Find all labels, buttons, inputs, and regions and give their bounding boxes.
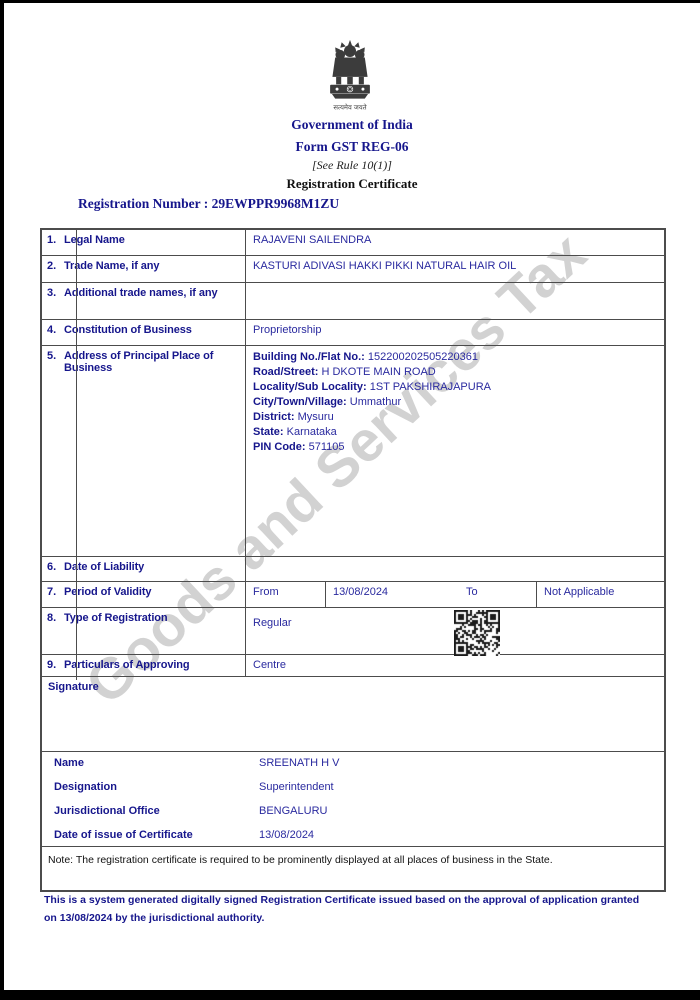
address-line: PIN Code: 571105 (253, 440, 660, 455)
row-label: Address of Principal Place of Business (64, 350, 243, 556)
row-particulars-of-approving: 9.Particulars of Approving Centre (42, 655, 664, 677)
row-label: Legal Name (64, 234, 243, 255)
signatory-label: Designation (48, 781, 252, 805)
row-number: 1. (47, 234, 64, 255)
row-date-of-liability: 6.Date of Liability (42, 557, 664, 582)
signatory-office-row: Jurisdictional Office BENGALURU (48, 805, 660, 829)
note-row: Note: The registration certificate is re… (42, 847, 664, 890)
signature-box: Signature (42, 677, 664, 752)
row-label: Period of Validity (64, 586, 243, 607)
signatory-label: Jurisdictional Office (48, 805, 252, 829)
form-title: Form GST REG-06 (4, 139, 700, 155)
ashoka-emblem-icon: सत्यमेव जयते (322, 39, 378, 113)
row-number: 2. (47, 260, 64, 282)
signatory-designation-row: Designation Superintendent (48, 781, 660, 805)
validity-to-label: To (456, 582, 536, 607)
signatory-value: Superintendent (252, 781, 660, 805)
registration-type-value: Regular (253, 617, 292, 629)
signatory-name-row: Name SREENATH H V (48, 757, 660, 781)
row-trade-name: 2.Trade Name, if any KASTURI ADIVASI HAK… (42, 256, 664, 283)
signatory-block: Name SREENATH H V Designation Superinten… (42, 752, 664, 847)
registration-number: Registration Number : 29EWPPR9968M1ZU (78, 196, 339, 212)
address-line: Locality/Sub Locality: 1ST PAKSHIRAJAPUR… (253, 380, 660, 395)
legal-name-value: RAJAVENI SAILENDRA (246, 230, 664, 255)
row-address: 5.Address of Principal Place of Business… (42, 346, 664, 557)
row-label: Type of Registration (64, 612, 243, 654)
signatory-value: BENGALURU (252, 805, 660, 829)
qr-code (454, 610, 500, 656)
row-number: 4. (47, 324, 64, 345)
row-label: Additional trade names, if any (64, 287, 243, 319)
row-number: 9. (47, 659, 64, 676)
row-number: 5. (47, 350, 64, 556)
approving-authority-value: Centre (246, 655, 664, 676)
signature-label: Signature (48, 681, 99, 693)
address-line: State: Karnataka (253, 425, 660, 440)
address-line: District: Mysuru (253, 410, 660, 425)
additional-trade-names-value (246, 283, 664, 319)
validity-from-date: 13/08/2024 (326, 582, 456, 607)
row-number: 3. (47, 287, 64, 319)
row-label: Constitution of Business (64, 324, 243, 345)
row-constitution: 4.Constitution of Business Proprietorshi… (42, 320, 664, 346)
validity-to-value: Not Applicable (536, 582, 664, 607)
row-number: 6. (47, 561, 64, 581)
certificate-title: Registration Certificate (4, 176, 700, 192)
row-additional-trade-names: 3.Additional trade names, if any (42, 283, 664, 320)
signatory-label: Name (48, 757, 252, 781)
row-period-of-validity: 7.Period of Validity From 13/08/2024 To … (42, 582, 664, 608)
constitution-value: Proprietorship (246, 320, 664, 345)
row-number: 8. (47, 612, 64, 654)
row-label: Date of Liability (64, 561, 243, 581)
certificate-table: 1.Legal Name RAJAVENI SAILENDRA 2.Trade … (40, 228, 666, 892)
certificate-page: Goods and Services Tax (0, 0, 700, 1000)
emblem-motto: सत्यमेव जयते (333, 103, 367, 111)
address-value: Building No./Flat No.: 15220020250522036… (246, 346, 664, 556)
footer-statement: This is a system generated digitally sig… (44, 891, 644, 927)
validity-from-label: From (246, 582, 326, 607)
signatory-value: SREENATH H V (252, 757, 660, 781)
note-text: Note: The registration certificate is re… (42, 847, 664, 890)
row-legal-name: 1.Legal Name RAJAVENI SAILENDRA (42, 230, 664, 256)
row-label: Trade Name, if any (64, 260, 243, 282)
address-line: Road/Street: H DKOTE MAIN ROAD (253, 365, 660, 380)
row-label: Particulars of Approving (64, 659, 243, 676)
rule-reference: [See Rule 10(1)] (4, 158, 700, 173)
date-of-liability-value (246, 557, 664, 581)
address-line: Building No./Flat No.: 15220020250522036… (253, 350, 660, 365)
number-column-divider (76, 230, 77, 680)
row-number: 7. (47, 586, 64, 607)
government-title: Government of India (4, 117, 700, 133)
trade-name-value: KASTURI ADIVASI HAKKI PIKKI NATURAL HAIR… (246, 256, 664, 282)
address-line: City/Town/Village: Ummathur (253, 395, 660, 410)
row-type-of-registration: 8.Type of Registration Regular (42, 608, 664, 655)
